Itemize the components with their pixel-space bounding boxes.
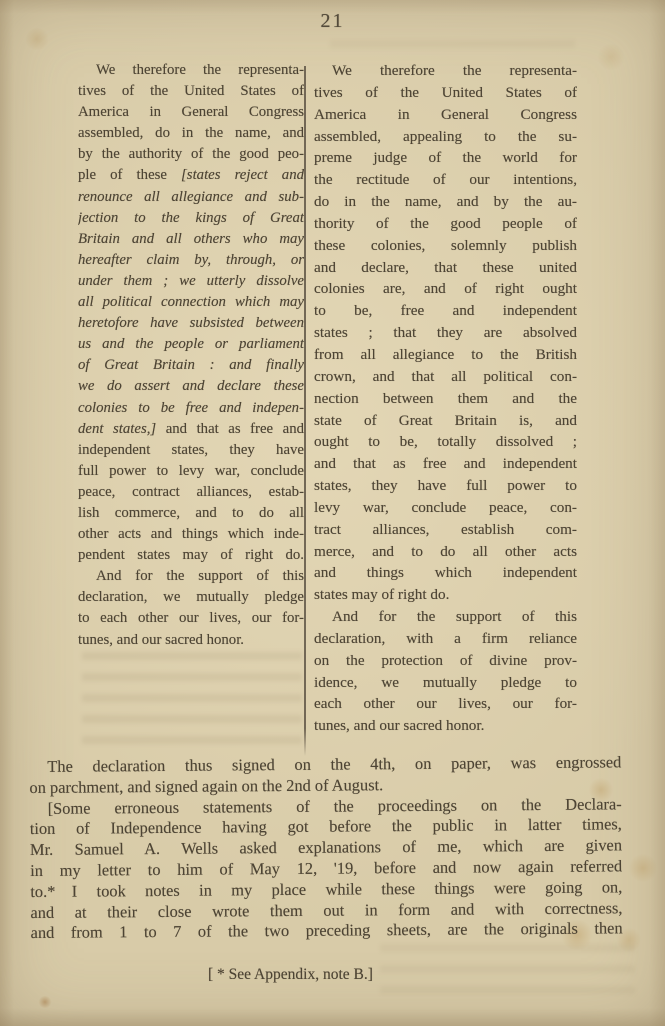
text-line: assembled, appealing to the su- bbox=[314, 128, 577, 150]
text-line: tives of the United States of bbox=[314, 84, 577, 106]
paper-stain bbox=[38, 996, 52, 1008]
text-line: these colonies, solemnly publish bbox=[314, 237, 577, 259]
text-line: full power to levy war, conclude bbox=[78, 463, 304, 484]
text-line: states may of right do. bbox=[314, 586, 577, 608]
text-line: the rectitude of our intentions, bbox=[314, 171, 577, 193]
paper-stain bbox=[596, 44, 626, 70]
text-line: us and the people or parliament bbox=[78, 336, 304, 357]
text-line: preme judge of the world for bbox=[314, 149, 577, 171]
text-line: jection to the kings of Great bbox=[78, 210, 304, 231]
text-line: to each other our lives, our for- bbox=[78, 610, 304, 631]
text-line: tunes, and our sacred honor. bbox=[314, 717, 577, 739]
text-line: and from 1 to 7 of the two preceding she… bbox=[31, 919, 623, 944]
page-number: 21 bbox=[0, 10, 665, 33]
text-line: peace, contract alliances, estab- bbox=[78, 484, 304, 505]
text-line: dent states,] and that as free and bbox=[78, 421, 304, 442]
text-line: And for the support of this bbox=[78, 568, 304, 589]
text-line: And for the support of this bbox=[314, 608, 577, 630]
text-line: colonies are, and of right ought bbox=[314, 280, 577, 302]
text-line: We therefore the representa- bbox=[78, 62, 304, 83]
text-line: lish commerce, and to do all bbox=[78, 505, 304, 526]
text-line: tunes, and our sacred honor. bbox=[78, 632, 304, 653]
text-line: We therefore the representa- bbox=[314, 62, 577, 84]
text-line: nection between them and the bbox=[314, 390, 577, 412]
text-line: merce, and to do all other acts bbox=[314, 543, 577, 565]
book-page: 21 We therefore the representa- tives of… bbox=[0, 0, 665, 1026]
text-line: to be, free and independent bbox=[314, 302, 577, 324]
ink-bleed-through bbox=[82, 652, 302, 754]
text-line: state of Great Britain is, and bbox=[314, 412, 577, 434]
text-line: each other our lives, our for- bbox=[314, 695, 577, 717]
italic-segment: dent states,] bbox=[78, 421, 156, 437]
text-line: we do assert and declare these bbox=[78, 378, 304, 399]
text-line: of Great Britain : and finally bbox=[78, 357, 304, 378]
text-line: declaration, with a firm reliance bbox=[314, 630, 577, 652]
text-line: thority of the good people of bbox=[314, 215, 577, 237]
right-column-final-text: We therefore the representa- tives of th… bbox=[314, 62, 577, 739]
text-line: by the authority of the good peo- bbox=[78, 146, 304, 167]
roman-segment: and that as free and bbox=[156, 421, 304, 437]
italic-segment: [states reject and bbox=[181, 167, 304, 183]
text-line: assembled, do in the name, and bbox=[78, 125, 304, 146]
text-line: states ; that they are absolved bbox=[314, 324, 577, 346]
text-line: America in General Congress bbox=[314, 106, 577, 128]
footer-commentary: The declaration thus signed on the 4th, … bbox=[29, 752, 622, 944]
text-line: levy war, conclude peace, con- bbox=[314, 499, 577, 521]
text-line: states, they have full power to bbox=[314, 477, 577, 499]
text-line: America in General Congress bbox=[78, 104, 304, 125]
text-line: idence, we mutually pledge to bbox=[314, 674, 577, 696]
text-line: hereafter claim by, through, or bbox=[78, 252, 304, 273]
text-line: pendent states may of right do. bbox=[78, 547, 304, 568]
text-line: on the protection of divine prov- bbox=[314, 652, 577, 674]
text-line: and things which independent bbox=[314, 564, 577, 586]
text-line: renounce all allegiance and sub- bbox=[78, 189, 304, 210]
text-line: and that as free and independent bbox=[314, 455, 577, 477]
text-line: ple of these [states reject and bbox=[78, 167, 304, 188]
ink-bleed-through bbox=[330, 40, 575, 60]
text-line: colonies to be free and indepen- bbox=[78, 400, 304, 421]
text-line: other acts and things which inde- bbox=[78, 526, 304, 547]
text-line: ought to be, totally dissolved ; bbox=[314, 433, 577, 455]
text-line: from all allegiance to the British bbox=[314, 346, 577, 368]
text-line: independent states, they have bbox=[78, 442, 304, 463]
text-line: crown, and that all political con- bbox=[314, 368, 577, 390]
roman-segment: ple of these bbox=[78, 167, 181, 183]
paper-stain bbox=[628, 854, 658, 882]
text-line: Britain and all others who may bbox=[78, 231, 304, 252]
text-line: heretofore have subsisted between bbox=[78, 315, 304, 336]
text-line: do in the name, and by the au- bbox=[314, 193, 577, 215]
column-divider-rule bbox=[304, 66, 306, 756]
text-line: declaration, we mutually pledge bbox=[78, 589, 304, 610]
appendix-footnote: [ * See Appendix, note B.] bbox=[208, 966, 373, 984]
left-column-jefferson-draft: We therefore the representa- tives of th… bbox=[78, 62, 304, 653]
text-line: tives of the United States of bbox=[78, 83, 304, 104]
text-line: tract alliances, establish com- bbox=[314, 521, 577, 543]
text-line: under them ; we utterly dissolve bbox=[78, 273, 304, 294]
text-line: and declare, that these united bbox=[314, 259, 577, 281]
text-line: all political connection which may bbox=[78, 294, 304, 315]
ink-bleed-through bbox=[380, 944, 635, 1002]
